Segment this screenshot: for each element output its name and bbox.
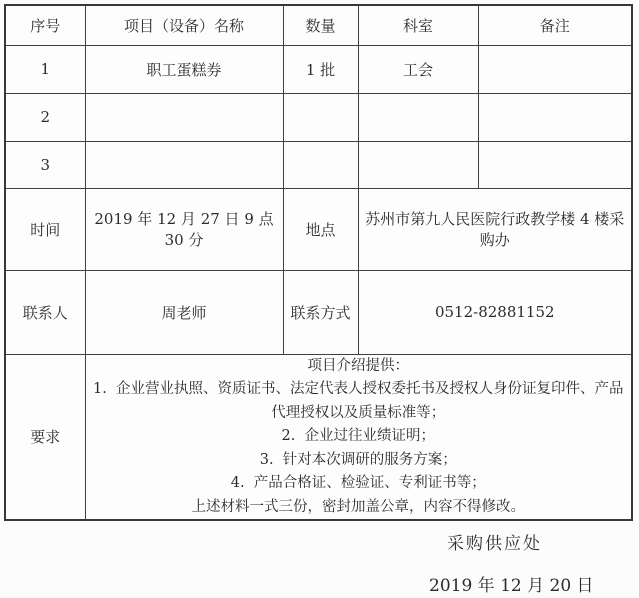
requirements-intro: 项目介绍提供：: [88, 355, 630, 379]
requirements-label: 要求: [5, 354, 85, 520]
contact-row: 联系人 周老师 联系方式 0512-82881152: [5, 270, 632, 354]
item-qty: 1 批: [283, 45, 358, 93]
contact-method-value: 0512-82881152: [358, 270, 632, 354]
requirements-content: 项目介绍提供： 1. 企业营业执照、资质证书、法定代表人授权委托书及授权人身份证…: [85, 354, 632, 520]
item-name: 职工蛋糕券: [85, 45, 283, 93]
header-cell-qty: 数量: [283, 5, 358, 45]
item-qty: [283, 93, 358, 141]
item-dept: [358, 141, 478, 188]
time-place-row: 时间 2019 年 12 月 27 日 9 点 30 分 地点 苏州市第九人民医…: [5, 188, 632, 270]
contact-value: 周老师: [85, 270, 283, 354]
requirements-row: 要求 项目介绍提供： 1. 企业营业执照、资质证书、法定代表人授权委托书及授权人…: [5, 354, 632, 520]
header-cell-no: 序号: [5, 5, 85, 45]
item-no: 2: [5, 93, 85, 141]
requirements-item-4: 4. 产品合格证、检验证、专利证书等；: [88, 472, 630, 496]
item-qty: [283, 141, 358, 188]
item-no: 3: [5, 141, 85, 188]
item-remark: [478, 93, 632, 141]
procurement-items-table: 序号 项目（设备）名称 数量 科室 备注 1 职工蛋糕券 1 批 工会 2 3 …: [4, 4, 633, 521]
table-row: 3: [5, 141, 632, 188]
table-row: 2: [5, 93, 632, 141]
item-dept: [358, 93, 478, 141]
item-remark: [478, 141, 632, 188]
time-value: 2019 年 12 月 27 日 9 点 30 分: [85, 188, 283, 270]
header-cell-name: 项目（设备）名称: [85, 5, 283, 45]
header-cell-remark: 备注: [478, 5, 632, 45]
item-no: 1: [5, 45, 85, 93]
signature-department: 采购供应处: [447, 529, 542, 554]
table-header-row: 序号 项目（设备）名称 数量 科室 备注: [5, 5, 632, 45]
place-label: 地点: [283, 188, 358, 270]
header-cell-dept: 科室: [358, 5, 478, 45]
requirements-item-3: 3. 针对本次调研的服务方案；: [88, 449, 630, 473]
place-value: 苏州市第九人民医院行政教学楼 4 楼采购办: [358, 188, 632, 270]
item-remark: [478, 45, 632, 93]
requirements-item-2: 2. 企业过往业绩证明；: [88, 425, 630, 449]
requirements-item-1: 1. 企业营业执照、资质证书、法定代表人授权委托书及授权人身份证复印件、产品代理…: [88, 378, 630, 425]
table-row: 1 职工蛋糕券 1 批 工会: [5, 45, 632, 93]
time-label: 时间: [5, 188, 85, 270]
procurement-notice-page: { "table": { "headers": { "no": "序号", "n…: [0, 0, 639, 598]
contact-method-label: 联系方式: [283, 270, 358, 354]
requirements-note: 上述材料一式三份，密封加盖公章，内容不得修改。: [88, 496, 630, 520]
item-name: [85, 93, 283, 141]
contact-label: 联系人: [5, 270, 85, 354]
item-dept: 工会: [358, 45, 478, 93]
item-name: [85, 141, 283, 188]
signature-date: 2019 年 12 月 20 日: [429, 571, 594, 596]
